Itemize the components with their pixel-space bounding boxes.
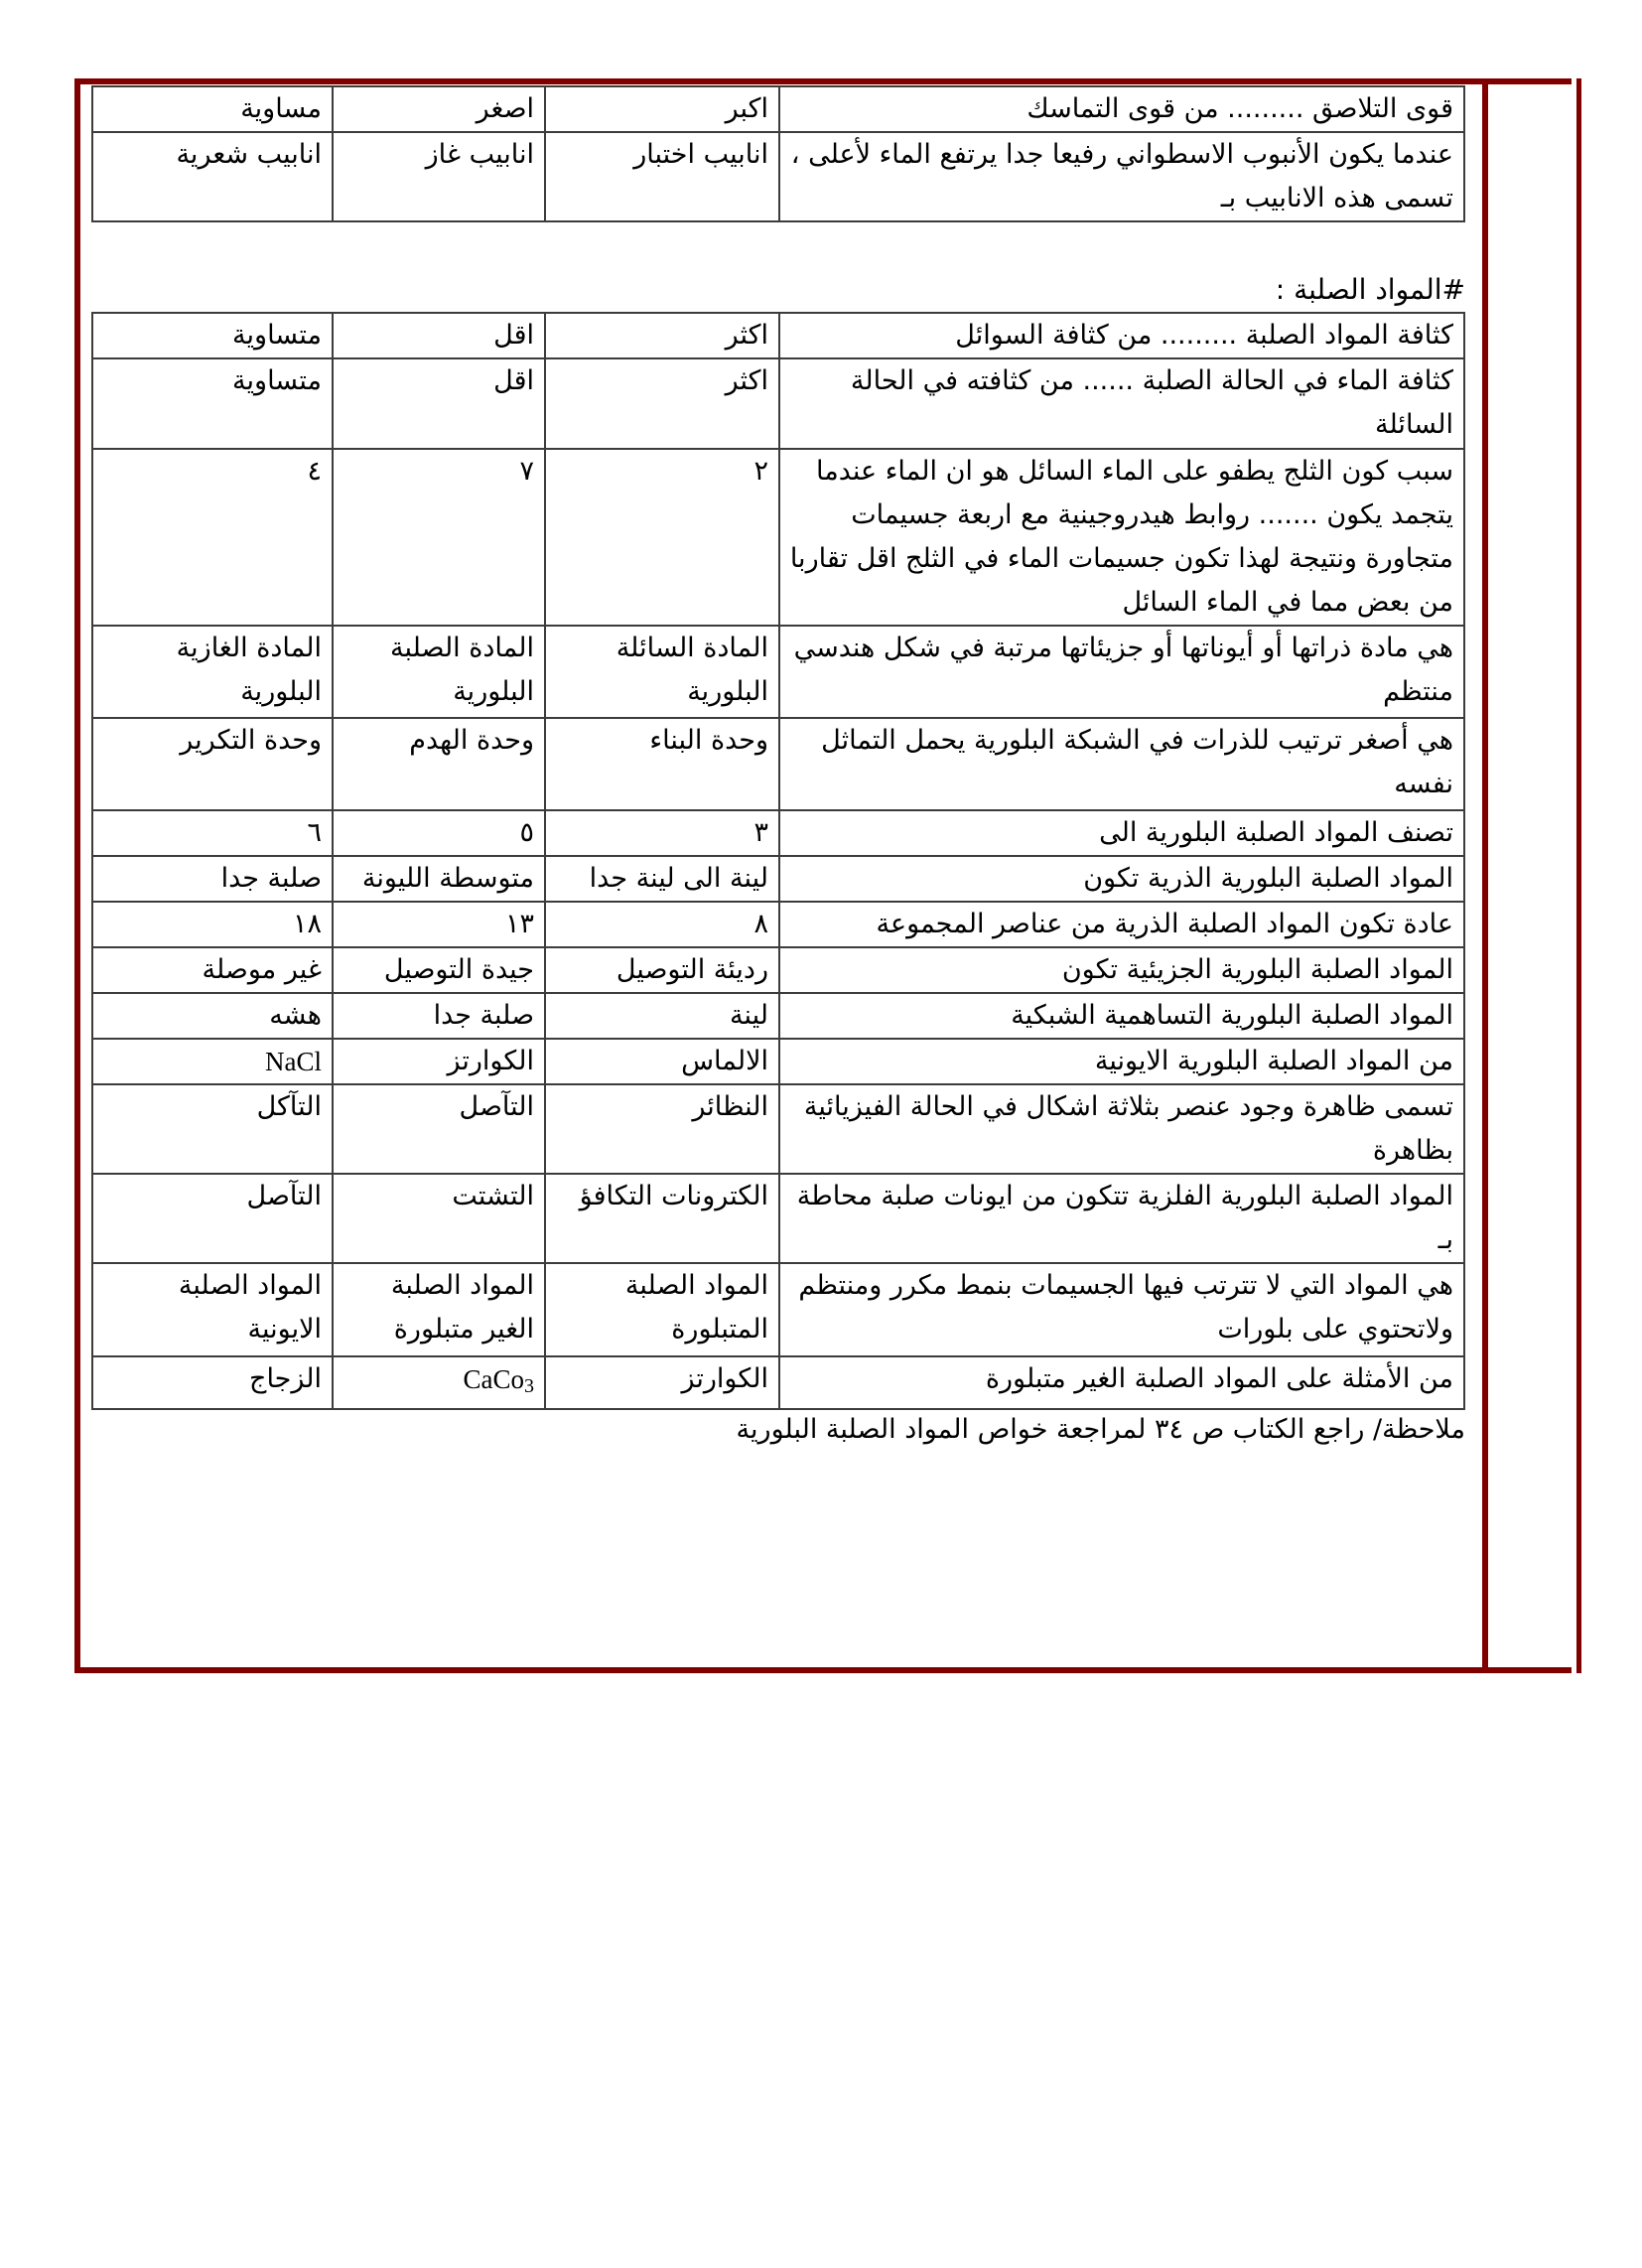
table-row: قوى التلاصق ......... من قوى التماسك اكب… — [92, 86, 1464, 132]
option-cell: اكثر — [545, 313, 779, 358]
option-cell: وحدة البناء — [545, 718, 779, 810]
option-cell: اكبر — [545, 86, 779, 132]
option-cell: الالماس — [545, 1039, 779, 1084]
option-cell: المواد الصلبة الغير متبلورة — [333, 1263, 545, 1356]
question-cell: هي المواد التي لا تترتب فيها الجسيمات بن… — [779, 1263, 1464, 1356]
table-row: هي المواد التي لا تترتب فيها الجسيمات بن… — [92, 1263, 1464, 1356]
option-cell: المواد الصلبة الايونية — [92, 1263, 333, 1356]
page-frame-top-border — [74, 78, 1572, 84]
option-cell: اقل — [333, 358, 545, 449]
option-cell: متوسطة الليونة — [333, 856, 545, 902]
option-cell: جيدة التوصيل — [333, 947, 545, 993]
option-cell: صلبة جدا — [92, 856, 333, 902]
table-row: المواد الصلبة البلورية التساهمية الشبكية… — [92, 993, 1464, 1039]
option-cell: هشه — [92, 993, 333, 1039]
option-cell: اكثر — [545, 358, 779, 449]
question-cell: المواد الصلبة البلورية الجزيئية تكون — [779, 947, 1464, 993]
option-cell: التآصل — [92, 1174, 333, 1263]
option-cell: متساوية — [92, 313, 333, 358]
option-cell: ١٨ — [92, 902, 333, 947]
question-cell: قوى التلاصق ......... من قوى التماسك — [779, 86, 1464, 132]
option-cell: المادة الصلبة البلورية — [333, 626, 545, 718]
option-cell: مساوية — [92, 86, 333, 132]
table-row: سبب كون الثلج يطفو على الماء السائل هو ا… — [92, 449, 1464, 626]
question-cell: سبب كون الثلج يطفو على الماء السائل هو ا… — [779, 449, 1464, 626]
option-cell: انابيب اختبار — [545, 132, 779, 221]
table-row: من المواد الصلبة البلورية الايونية الالم… — [92, 1039, 1464, 1084]
footnote: ملاحظة/ راجع الكتاب ص ٣٤ لمراجعة خواص ال… — [93, 1410, 1465, 1450]
section-heading-solids: #المواد الصلبة : — [93, 268, 1465, 312]
question-cell: كثافة الماء في الحالة الصلبة ...... من ك… — [779, 358, 1464, 449]
option-cell: التشتت — [333, 1174, 545, 1263]
table-row: كثافة المواد الصلبة ......... من كثافة ا… — [92, 313, 1464, 358]
option-cell: انابيب شعرية — [92, 132, 333, 221]
option-cell: ١٣ — [333, 902, 545, 947]
option-cell: المادة الغازية البلورية — [92, 626, 333, 718]
table-row: تسمى ظاهرة وجود عنصر بثلاثة اشكال في الح… — [92, 1084, 1464, 1174]
option-cell: لينة الى لينة جدا — [545, 856, 779, 902]
question-cell: المواد الصلبة البلورية التساهمية الشبكية — [779, 993, 1464, 1039]
table-row: هي أصغر ترتيب للذرات في الشبكة البلورية … — [92, 718, 1464, 810]
table-row: كثافة الماء في الحالة الصلبة ...... من ك… — [92, 358, 1464, 449]
question-cell: المواد الصلبة البلورية الذرية تكون — [779, 856, 1464, 902]
question-cell: كثافة المواد الصلبة ......... من كثافة ا… — [779, 313, 1464, 358]
table-row: عادة تكون المواد الصلبة الذرية من عناصر … — [92, 902, 1464, 947]
option-cell: المادة السائلة البلورية — [545, 626, 779, 718]
page-frame-inner-right-border — [1482, 78, 1488, 1673]
option-cell: التآصل — [333, 1084, 545, 1174]
option-cell: اقل — [333, 313, 545, 358]
option-cell: ٦ — [92, 810, 333, 856]
option-cell: اصغر — [333, 86, 545, 132]
question-cell: من الأمثلة على المواد الصلبة الغير متبلو… — [779, 1356, 1464, 1409]
question-cell: من المواد الصلبة البلورية الايونية — [779, 1039, 1464, 1084]
option-cell: ٢ — [545, 449, 779, 626]
option-cell: ٨ — [545, 902, 779, 947]
option-cell: الكترونات التكافؤ — [545, 1174, 779, 1263]
page-frame-outer-right-border — [1576, 78, 1581, 1673]
option-cell: ٧ — [333, 449, 545, 626]
table-row: المواد الصلبة البلورية الذرية تكون لينة … — [92, 856, 1464, 902]
option-cell: ٥ — [333, 810, 545, 856]
option-cell: التآكل — [92, 1084, 333, 1174]
option-cell: صلبة جدا — [333, 993, 545, 1039]
option-cell: ٣ — [545, 810, 779, 856]
quiz-table-liquids: قوى التلاصق ......... من قوى التماسك اكب… — [91, 85, 1465, 222]
question-cell: هي مادة ذراتها أو أيوناتها أو جزيئاتها م… — [779, 626, 1464, 718]
table-row: تصنف المواد الصلبة البلورية الى ٣ ٥ ٦ — [92, 810, 1464, 856]
option-cell: وحدة التكرير — [92, 718, 333, 810]
question-cell: تصنف المواد الصلبة البلورية الى — [779, 810, 1464, 856]
question-cell: هي أصغر ترتيب للذرات في الشبكة البلورية … — [779, 718, 1464, 810]
option-cell: الكوارتز — [545, 1356, 779, 1409]
question-cell: تسمى ظاهرة وجود عنصر بثلاثة اشكال في الح… — [779, 1084, 1464, 1174]
formula-subscript: 3 — [524, 1375, 534, 1397]
option-cell: النظائر — [545, 1084, 779, 1174]
option-cell: رديئة التوصيل — [545, 947, 779, 993]
option-cell: ٤ — [92, 449, 333, 626]
option-cell: انابيب غاز — [333, 132, 545, 221]
quiz-table-solids: كثافة المواد الصلبة ......... من كثافة ا… — [91, 312, 1465, 1410]
table-row: هي مادة ذراتها أو أيوناتها أو جزيئاتها م… — [92, 626, 1464, 718]
table-row: من الأمثلة على المواد الصلبة الغير متبلو… — [92, 1356, 1464, 1409]
page-frame-bottom-border — [74, 1667, 1572, 1673]
question-cell: عندما يكون الأنبوب الاسطواني رفيعا جدا ي… — [779, 132, 1464, 221]
formula-base: CaCo — [463, 1364, 524, 1394]
option-cell: NaCl — [92, 1039, 333, 1084]
option-cell: متساوية — [92, 358, 333, 449]
option-cell: المواد الصلبة المتبلورة — [545, 1263, 779, 1356]
option-cell: وحدة الهدم — [333, 718, 545, 810]
option-cell: غير موصلة — [92, 947, 333, 993]
option-cell: الكوارتز — [333, 1039, 545, 1084]
option-cell: لينة — [545, 993, 779, 1039]
option-cell-formula: CaCo3 — [333, 1356, 545, 1409]
document-content: قوى التلاصق ......... من قوى التماسك اكب… — [93, 85, 1465, 1450]
option-cell: الزجاج — [92, 1356, 333, 1409]
question-cell: عادة تكون المواد الصلبة الذرية من عناصر … — [779, 902, 1464, 947]
table-row: المواد الصلبة البلورية الفلزية تتكون من … — [92, 1174, 1464, 1263]
question-cell: المواد الصلبة البلورية الفلزية تتكون من … — [779, 1174, 1464, 1263]
table-row: المواد الصلبة البلورية الجزيئية تكون ردي… — [92, 947, 1464, 993]
page-frame-left-border — [74, 78, 80, 1673]
table-row: عندما يكون الأنبوب الاسطواني رفيعا جدا ي… — [92, 132, 1464, 221]
